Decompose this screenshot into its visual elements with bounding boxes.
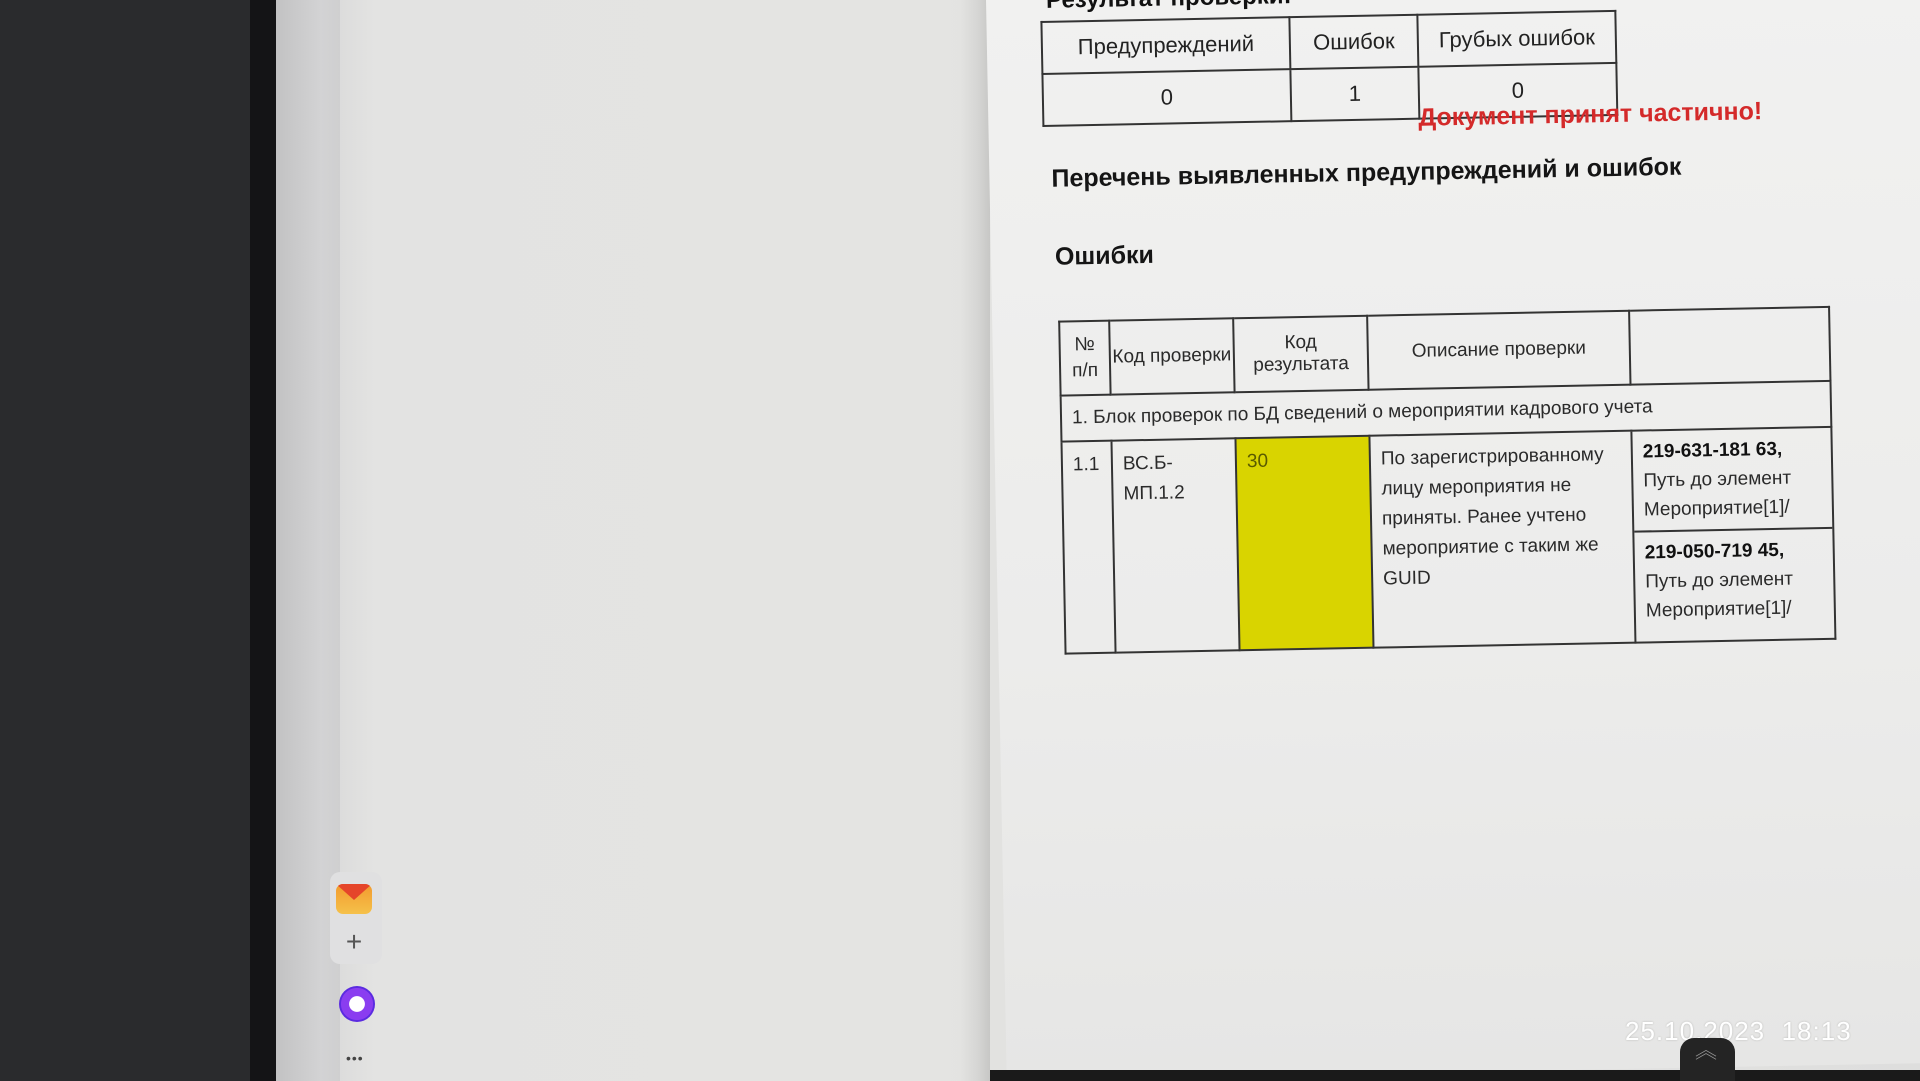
header-description: Описание проверки bbox=[1367, 311, 1630, 390]
cell-number: 1.1 bbox=[1061, 441, 1115, 654]
chevron-up-icon: ︽ bbox=[1695, 1044, 1717, 1058]
reference-path-label: Путь до элемент bbox=[1645, 564, 1824, 596]
reference-path-label: Путь до элемент bbox=[1643, 463, 1822, 495]
errors-title: Ошибки bbox=[1055, 241, 1155, 272]
plus-icon[interactable]: + bbox=[342, 930, 366, 954]
summary-header-errors: Ошибок bbox=[1289, 15, 1418, 69]
mail-icon[interactable] bbox=[336, 884, 372, 914]
more-icon[interactable]: ••• bbox=[346, 1050, 376, 1062]
reference-id: 219-050-719 45, bbox=[1644, 535, 1823, 567]
summary-title: Результат проверки: bbox=[1046, 0, 1292, 15]
summary-value-errors: 1 bbox=[1290, 67, 1419, 121]
cell-description: По зарегистрированному лицу мероприятия … bbox=[1369, 431, 1635, 648]
clock-time: 18:13 bbox=[1782, 1016, 1852, 1046]
reference-item: 219-050-719 45, Путь до элемент Мероприя… bbox=[1634, 527, 1834, 632]
reference-path: Мероприятие[1]/ bbox=[1644, 492, 1823, 524]
monitor-bottom-bezel bbox=[990, 1070, 1920, 1081]
panel-handle[interactable]: ︽ bbox=[1680, 1038, 1735, 1081]
section-title: Перечень выявленных предупреждений и оши… bbox=[1051, 153, 1682, 194]
page-shadow bbox=[960, 0, 990, 1081]
errors-table: №п/п Код проверки Код результата Описани… bbox=[1058, 306, 1836, 655]
alice-icon[interactable] bbox=[339, 986, 375, 1022]
table-row: 1.1 ВС.Б-МП.1.2 30 По зарегистрированном… bbox=[1061, 427, 1835, 654]
document-page: Результат проверки: Предупреждений Ошибо… bbox=[986, 0, 1920, 1081]
header-check-code: Код проверки bbox=[1109, 318, 1234, 394]
system-clock: 25.10.2023 18:13 bbox=[1625, 1016, 1852, 1047]
header-number: №п/п bbox=[1059, 321, 1110, 396]
cell-result-code: 30 bbox=[1235, 436, 1373, 651]
header-reference bbox=[1629, 307, 1830, 385]
reference-item: 219-631-181 63, Путь до элемент Мероприя… bbox=[1632, 428, 1832, 531]
reference-path: Мероприятие[1]/ bbox=[1646, 593, 1825, 625]
summary-header-critical: Грубых ошибок bbox=[1417, 11, 1616, 67]
cell-references: 219-631-181 63, Путь до элемент Мероприя… bbox=[1631, 427, 1835, 643]
reference-id: 219-631-181 63, bbox=[1643, 434, 1822, 466]
document-status: Документ принят частично! bbox=[1418, 97, 1762, 133]
summary-header-warnings: Предупреждений bbox=[1041, 17, 1290, 74]
header-result-code: Код результата bbox=[1233, 316, 1368, 393]
summary-value-warnings: 0 bbox=[1042, 69, 1291, 126]
cell-check-code: ВС.Б-МП.1.2 bbox=[1111, 438, 1239, 652]
